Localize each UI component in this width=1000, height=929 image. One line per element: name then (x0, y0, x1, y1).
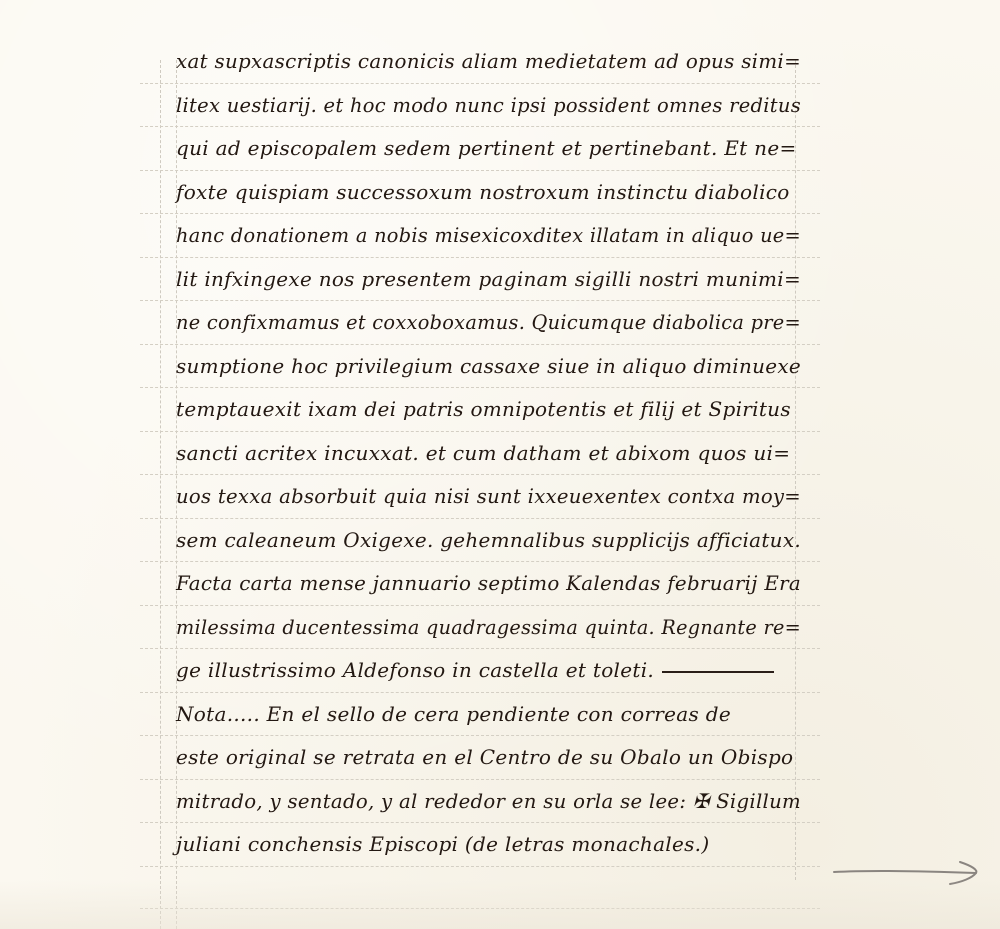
page-bottom-shade (0, 880, 1000, 929)
left-margin-line-outer (160, 60, 161, 929)
text-line: qui ad episcopalem sedem pertinent et pe… (176, 127, 816, 171)
nota-line: juliani conchensis Episcopi (de letras m… (176, 823, 816, 867)
text-line: xat supxascriptis canonicis aliam mediet… (176, 40, 816, 84)
text-line: ne confixmamus et coxxoboxamus. Quicumqu… (176, 301, 816, 345)
text-line: lit infxingexe nos presentem paginam sig… (176, 258, 816, 302)
nota-line: este original se retrata en el Centro de… (176, 736, 816, 780)
text-line: litex uestiarij. et hoc modo nunc ipsi p… (176, 84, 816, 128)
text-line: Facta carta mense jannuario septimo Kale… (176, 562, 816, 606)
closing-rule (662, 671, 774, 673)
text-line: ge illustrissimo Aldefonso in castella e… (176, 649, 816, 693)
nota-line: mitrado, y sentado, y al rededor en su o… (176, 780, 816, 824)
nota-line: Nota..... En el sello de cera pendiente … (176, 693, 816, 737)
text-line: sem caleaneum Oxigexe. gehemnalibus supp… (176, 519, 816, 563)
text-line: hanc donationem a nobis misexicoxditex i… (176, 214, 816, 258)
text-line: uos texxa absorbuit quia nisi sunt ixxeu… (176, 475, 816, 519)
text-line: temptauexit ixam dei patris omnipotentis… (176, 388, 816, 432)
text-line: milessima ducentessima quadragessima qui… (176, 606, 816, 650)
manuscript-page: xat supxascriptis canonicis aliam mediet… (0, 0, 1000, 929)
manuscript-text: xat supxascriptis canonicis aliam mediet… (176, 40, 816, 867)
text-line: sancti acritex incuxxat. et cum datham e… (176, 432, 816, 476)
text-line: foxte quispiam successoxum nostroxum ins… (176, 171, 816, 215)
text-line: sumptione hoc privilegium cassaxe siue i… (176, 345, 816, 389)
